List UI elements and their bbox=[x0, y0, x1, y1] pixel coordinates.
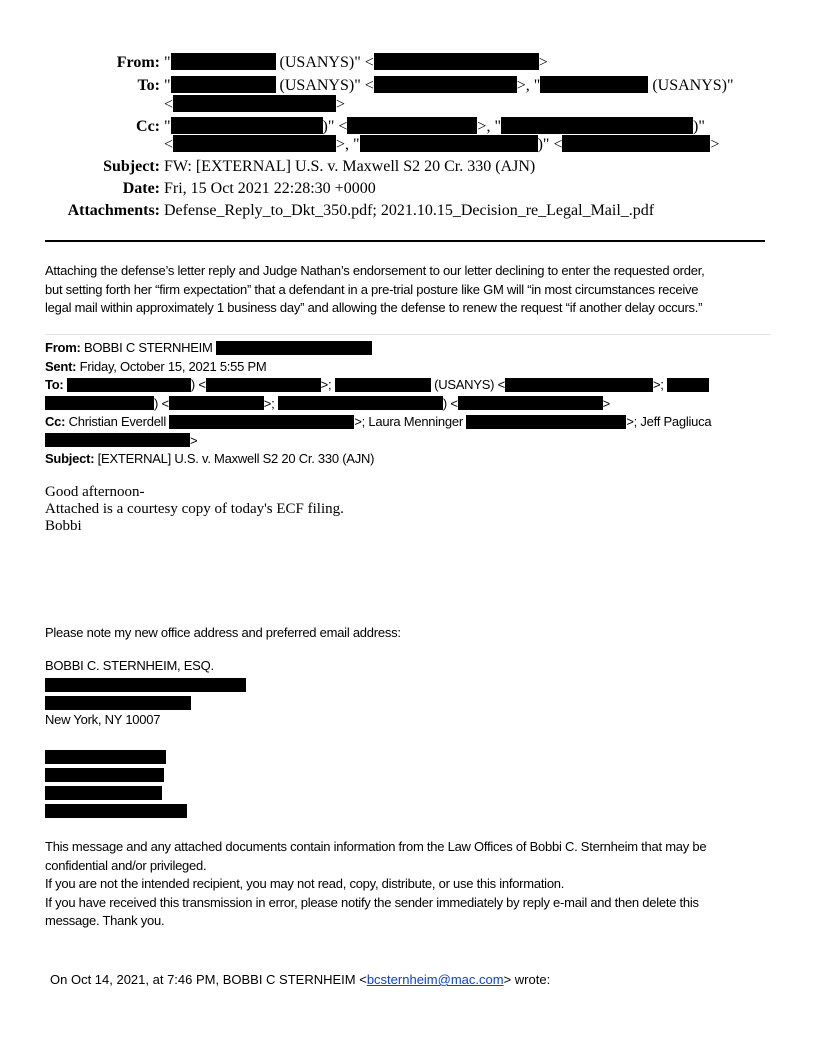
forward-note-line: but setting forth her “firm expectation”… bbox=[45, 281, 704, 300]
header-date-row: Date: Fri, 15 Oct 2021 22:28:30 +0000 bbox=[0, 179, 816, 199]
subject-value: FW: [EXTERNAL] U.S. v. Maxwell S2 20 Cr.… bbox=[164, 157, 535, 176]
fwd-to-label: To: bbox=[45, 377, 64, 392]
body-line: Bobbi bbox=[45, 518, 344, 535]
redacted-email bbox=[562, 135, 710, 152]
redacted-email bbox=[374, 76, 517, 93]
redacted-email bbox=[347, 117, 477, 134]
redacted-address-line bbox=[45, 678, 246, 692]
redacted-email bbox=[45, 433, 190, 447]
fwd-from-label: From: bbox=[45, 340, 81, 355]
header-to-row-cont: <> bbox=[0, 95, 816, 115]
to-value: " (USANYS)" <>, " (USANYS)" bbox=[164, 76, 734, 95]
redacted-name bbox=[501, 117, 693, 134]
redacted-email bbox=[173, 95, 336, 112]
fwd-sent-row: Sent: Friday, October 15, 2021 5:55 PM bbox=[45, 358, 711, 377]
header-cc-row-cont: <>, ")" <> bbox=[0, 135, 816, 155]
forwarded-header: From: BOBBI C STERNHEIM Sent: Friday, Oc… bbox=[45, 339, 711, 469]
disclaimer-line: message. Thank you. bbox=[45, 912, 706, 931]
redacted-name bbox=[278, 396, 443, 410]
body-line: Attached is a courtesy copy of today's E… bbox=[45, 501, 344, 518]
body-line: Good afternoon- bbox=[45, 484, 344, 501]
sender-email-link[interactable]: bcsternheim@mac.com bbox=[367, 972, 504, 987]
fwd-cc-row-cont: > bbox=[45, 432, 711, 451]
redacted-name bbox=[45, 396, 154, 410]
disclaimer-line: This message and any attached documents … bbox=[45, 838, 706, 857]
redacted-address-line bbox=[45, 696, 191, 710]
fwd-cc-row: Cc: Christian Everdell >; Laura Menninge… bbox=[45, 413, 711, 432]
forward-note-line: Attaching the defense’s letter reply and… bbox=[45, 262, 704, 281]
from-label: From: bbox=[0, 53, 160, 72]
from-value: " (USANYS)" <> bbox=[164, 53, 548, 72]
redacted-name bbox=[667, 378, 709, 392]
header-subject-row: Subject: FW: [EXTERNAL] U.S. v. Maxwell … bbox=[0, 157, 816, 177]
header-cc-row: Cc: ")" <>, ")" bbox=[0, 117, 816, 137]
forwarded-divider bbox=[45, 334, 771, 335]
redacted-contact-line bbox=[45, 768, 164, 782]
org-tag: (USANYS) bbox=[280, 77, 355, 94]
forward-note: Attaching the defense’s letter reply and… bbox=[45, 262, 704, 318]
cc-label: Cc: bbox=[0, 117, 160, 136]
redacted-name bbox=[171, 53, 276, 70]
redacted-name bbox=[360, 135, 538, 152]
redacted-email bbox=[169, 415, 354, 429]
to-label: To: bbox=[0, 76, 160, 95]
redacted-contact-line bbox=[45, 804, 187, 818]
date-label: Date: bbox=[0, 179, 160, 198]
disclaimer: This message and any attached documents … bbox=[45, 838, 706, 931]
subject-label: Subject: bbox=[0, 157, 160, 176]
redacted-name bbox=[335, 378, 431, 392]
signature-city: New York, NY 10007 bbox=[45, 711, 160, 730]
redacted-name bbox=[67, 378, 191, 392]
attachments-label: Attachments: bbox=[0, 201, 160, 220]
header-attachments-row: Attachments: Defense_Reply_to_Dkt_350.pd… bbox=[0, 201, 816, 221]
redacted-email bbox=[374, 53, 539, 70]
header-divider bbox=[45, 240, 765, 242]
quoted-prefix: On Oct 14, 2021, at 7:46 PM, BOBBI C STE… bbox=[50, 972, 367, 987]
redacted-email bbox=[173, 135, 336, 152]
fwd-sent-value: Friday, October 15, 2021 5:55 PM bbox=[80, 359, 267, 374]
redacted-email bbox=[216, 341, 372, 355]
org-tag: (USANYS) bbox=[280, 54, 355, 71]
fwd-from-name: BOBBI C STERNHEIM bbox=[84, 340, 213, 355]
attachments-value[interactable]: Defense_Reply_to_Dkt_350.pdf; 2021.10.15… bbox=[164, 201, 654, 220]
header-to-row: To: " (USANYS)" <>, " (USANYS)" bbox=[0, 76, 816, 96]
outer-email-header: From: " (USANYS)" <> To: " (USANYS)" <>,… bbox=[0, 0, 816, 230]
cc-value: ")" <>, ")" bbox=[164, 117, 705, 136]
redacted-email bbox=[169, 396, 264, 410]
fwd-subject-row: Subject: [EXTERNAL] U.S. v. Maxwell S2 2… bbox=[45, 450, 711, 469]
fwd-cc-label: Cc: bbox=[45, 414, 65, 429]
redacted-contact-line bbox=[45, 786, 162, 800]
org-tag: (USANYS) bbox=[434, 377, 494, 392]
redacted-name bbox=[540, 76, 648, 93]
fwd-to-row: To: ) <>; (USANYS) <>; bbox=[45, 376, 711, 395]
cc-name: Laura Menninger bbox=[368, 414, 463, 429]
header-from-row: From: " (USANYS)" <> bbox=[0, 53, 816, 73]
cc-name: Christian Everdell bbox=[69, 414, 166, 429]
quoted-suffix: > wrote: bbox=[504, 972, 551, 987]
redacted-contact-line bbox=[45, 750, 166, 764]
disclaimer-line: confidential and/or privileged. bbox=[45, 857, 706, 876]
fwd-to-row-cont: ) <>; ) <> bbox=[45, 395, 711, 414]
org-tag: (USANYS) bbox=[652, 77, 727, 94]
redacted-email bbox=[206, 378, 321, 392]
disclaimer-line: If you are not the intended recipient, y… bbox=[45, 875, 706, 894]
signature-notice: Please note my new office address and pr… bbox=[45, 624, 401, 643]
redacted-name bbox=[171, 117, 323, 134]
date-value: Fri, 15 Oct 2021 22:28:30 +0000 bbox=[164, 179, 376, 198]
fwd-from-row: From: BOBBI C STERNHEIM bbox=[45, 339, 711, 358]
quoted-attribution: On Oct 14, 2021, at 7:46 PM, BOBBI C STE… bbox=[50, 971, 550, 990]
fwd-sent-label: Sent: bbox=[45, 359, 76, 374]
fwd-subject-value: [EXTERNAL] U.S. v. Maxwell S2 20 Cr. 330… bbox=[98, 451, 375, 466]
disclaimer-line: If you have received this transmission i… bbox=[45, 894, 706, 913]
cc-name: Jeff Pagliuca bbox=[640, 414, 711, 429]
redacted-name bbox=[171, 76, 276, 93]
redacted-email bbox=[458, 396, 603, 410]
fwd-subject-label: Subject: bbox=[45, 451, 94, 466]
message-body: Good afternoon- Attached is a courtesy c… bbox=[45, 484, 344, 535]
forward-note-line: legal mail within approximately 1 busine… bbox=[45, 299, 704, 318]
redacted-email bbox=[466, 415, 626, 429]
redacted-email bbox=[505, 378, 653, 392]
signature-name: BOBBI C. STERNHEIM, ESQ. bbox=[45, 657, 214, 676]
